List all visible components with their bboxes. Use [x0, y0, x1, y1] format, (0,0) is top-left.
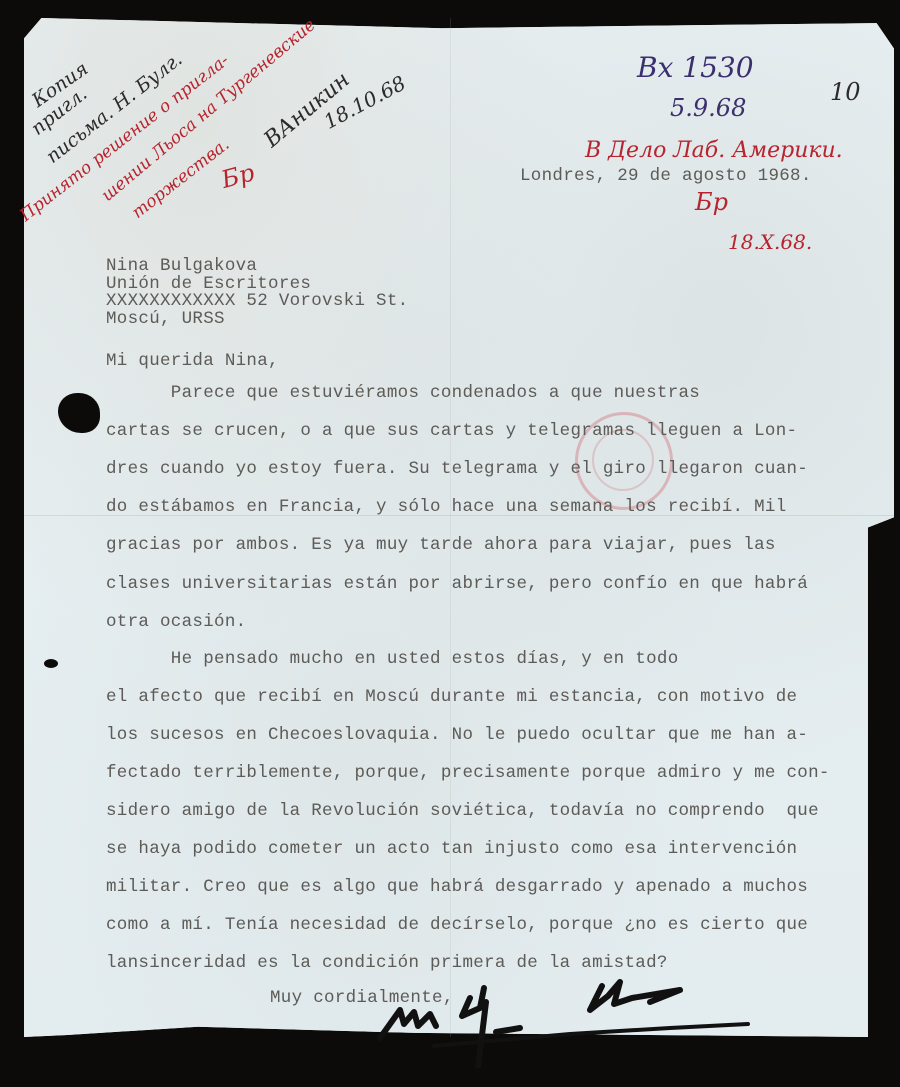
body-line: clases universitarias están por abrirse,… — [106, 576, 808, 594]
annotation-red-initials-right: Бр — [695, 190, 728, 214]
page-number: 10 — [830, 80, 861, 104]
body-line: se haya podido cometer un acto tan injus… — [106, 841, 797, 859]
recipient-name: Nina Bulgakova — [106, 258, 408, 276]
body-line: otra ocasión. — [106, 614, 246, 632]
body-line: do estábamos en Francia, y sólo hace una… — [106, 499, 787, 517]
body-line: militar. Creo que es algo que habrá desg… — [106, 879, 808, 897]
annotation-v-delo: В Дело Лаб. Америки. — [585, 140, 843, 162]
recipient-city: Moscú, URSS — [106, 311, 408, 329]
body-line: He pensado mucho en usted estos días, y … — [106, 651, 679, 669]
body-line: dres cuando yo estoy fuera. Su telegrama… — [106, 461, 808, 479]
punch-hole-top — [58, 393, 100, 433]
body-line: los sucesos en Checoeslovaquia. No le pu… — [106, 727, 808, 745]
annotation-incoming-date: 5.9.68 — [670, 96, 746, 120]
body-line: como a mí. Tenía necesidad de decírselo,… — [106, 917, 808, 935]
body-line: Parece que estuviéramos condenados a que… — [106, 385, 700, 403]
annotation-incoming-ref: Вх 1530 — [637, 54, 754, 82]
body-line: fectado terriblemente, porque, precisame… — [106, 765, 830, 783]
handwritten-signature — [370, 968, 770, 1068]
salutation: Mi querida Nina, — [106, 353, 279, 371]
body-line: sidero amigo de la Revolución soviética,… — [106, 803, 819, 821]
recipient-street: XXXXXXXXXXXX 52 Vorovski St. — [106, 293, 408, 311]
place-date: Londres, 29 de agosto 1968. — [520, 168, 812, 186]
recipient-address: Nina Bulgakova Unión de Escritores XXXXX… — [106, 258, 408, 328]
punch-hole-middle — [44, 659, 58, 668]
body-line: el afecto que recibí en Moscú durante mi… — [106, 689, 797, 707]
annotation-red-date-right: 18.X.68. — [728, 232, 812, 252]
body-line: cartas se crucen, o a que sus cartas y t… — [106, 423, 797, 441]
body-line: gracias por ambos. Es ya muy tarde ahora… — [106, 537, 776, 555]
